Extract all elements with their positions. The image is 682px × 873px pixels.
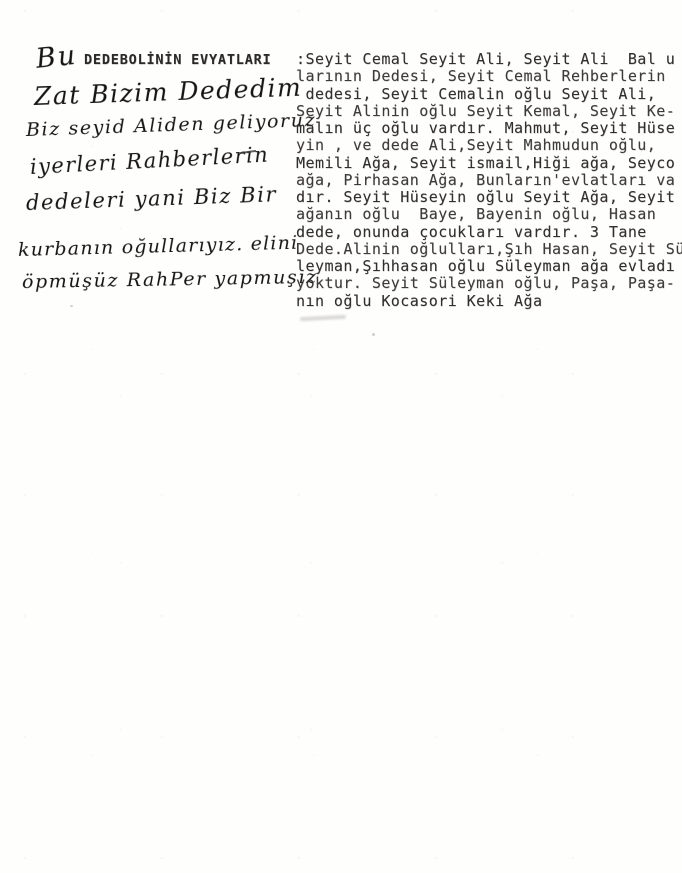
handwriting-line: öpmüşüz RahPer yapmuşız <box>22 266 318 293</box>
typed-line: yin , ve dede Ali,Seyit Mahmudun oğlu, <box>296 137 682 154</box>
scan-speck <box>372 333 375 336</box>
typewritten-text-column: :Seyit Cemal Seyit Ali, Seyit Ali Bal u … <box>296 51 682 310</box>
typed-line: ağanın oğlu Baye, Bayenin oğlu, Hasan <box>296 206 682 223</box>
typed-line: dır. Seyit Hüseyin oğlu Seyit Ağa, Seyit <box>296 189 682 206</box>
typed-line: leyman,Şıhhasan oğlu Süleyman ağa evladı <box>296 258 682 275</box>
typed-line: Memili Ağa, Seyit ismail,Hiği ağa, Seyco <box>296 155 682 172</box>
handwriting-line: iyerleri Rahberlerin <box>29 142 269 178</box>
scan-speck <box>70 305 73 307</box>
handwriting-line: Biz seyid Aliden geliyoruz <box>26 109 317 141</box>
typed-line: yoktur. Seyit Süleyman oğlu, Paşa, Paşa- <box>296 275 682 292</box>
typed-line: dede, onunda çocukları vardır. 3 Tane <box>296 224 682 241</box>
handwriting-line: Zat Bizim Dededim <box>33 73 302 111</box>
handwriting-line: kurbanın oğullarıyız. elini <box>18 232 299 261</box>
typed-line: ağa, Pirhasan Ağa, Bunların'evlatları va <box>296 172 682 189</box>
typed-line: dedesi, Seyit Cemalin oğlu Seyit Ali, <box>296 86 682 103</box>
typed-line: larının Dedesi, Seyit Cemal Rehberlerin <box>296 68 682 85</box>
typed-line: Dede.Alinin oğlulları,Şıh Hasan, Seyit S… <box>296 241 682 258</box>
handwriting-line: dedeleri yani Biz Bir <box>26 182 278 215</box>
typed-line: malın üç oğlu vardır. Mahmut, Seyit Hüse <box>296 120 682 137</box>
typed-line: :Seyit Cemal Seyit Ali, Seyit Ali Bal u <box>296 51 682 68</box>
scanned-document-page: Bu DEDEBOLİNİN EVYATLARI Zat Bizim Deded… <box>0 0 682 873</box>
document-title: DEDEBOLİNİN EVYATLARI <box>84 52 271 68</box>
typed-line: nın oğlu Kocasori Keki Ağa <box>296 293 682 310</box>
scan-smudge <box>300 315 346 321</box>
handwritten-word-bu: Bu <box>34 40 78 75</box>
typed-line: Seyit Alinin oğlu Seyit Kemal, Seyit Ke- <box>296 103 682 120</box>
